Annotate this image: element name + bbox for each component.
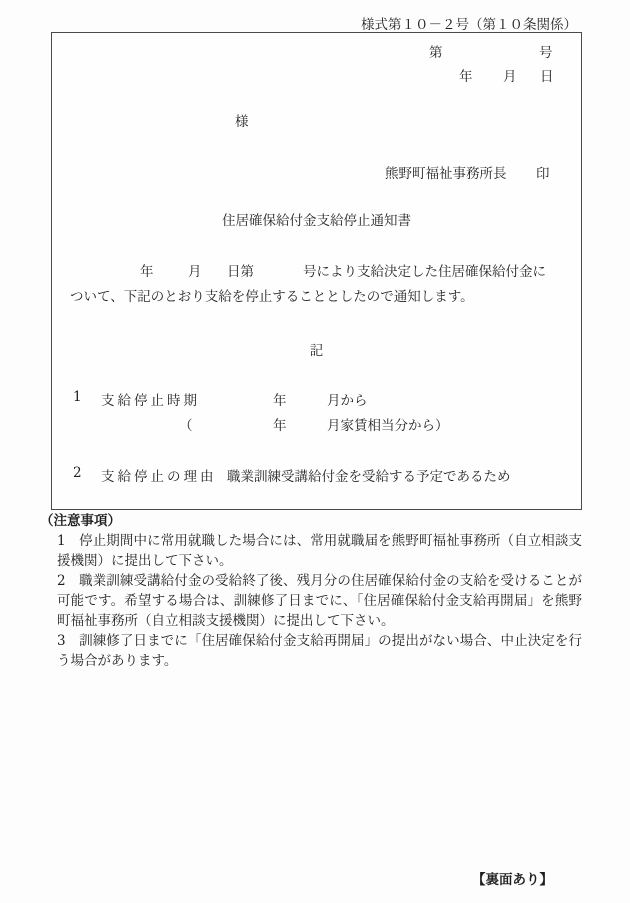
note-3-text: 訓練修了日までに「住居確保給付金支給再開届」の提出がない場合、中止決定を行う場合…: [57, 633, 582, 669]
doc-number-prefix: 第: [429, 41, 443, 61]
cautionary-notes: （注意事項） 1停止期間中に常用就職した場合には、常用就職届を熊野町福祉事務所（…: [0, 511, 630, 671]
body-year-label: 年: [140, 260, 154, 280]
body-line2: ついて、下記のとおり支給を停止することとしたので通知します。: [70, 285, 474, 305]
item2-label: 支給停止の理由: [101, 465, 217, 485]
note-item-2: 2職業訓練受講給付金の受給終了後、残月分の住居確保給付金の支給を受けることが可能…: [57, 571, 582, 631]
note-item-1: 1停止期間中に常用就職した場合には、常用就職届を熊野町福祉事務所（自立相談支援機…: [57, 531, 582, 571]
notes-heading: （注意事項）: [40, 511, 630, 531]
doc-number-suffix: 号: [539, 41, 553, 61]
item2-number: 2: [73, 465, 82, 481]
item1-number: 1: [73, 389, 82, 405]
note-1-text: 停止期間中に常用就職した場合には、常用就職届を熊野町福祉事務所（自立相談支援機関…: [57, 533, 582, 569]
body-line1-rest: 号により支給決定した住居確保給付金に: [303, 260, 546, 280]
note-3-number: 3: [57, 631, 79, 651]
document-page: 様式第１０－２号（第１０条関係） 第 号 年 月 日 様 熊野町福祉事務所長 印…: [0, 0, 630, 903]
note-item-3: 3訓練修了日までに「住居確保給付金支給再開届」の提出がない場合、中止決定を行う場…: [57, 631, 582, 671]
date-day-label: 日: [540, 65, 554, 85]
note-2-number: 2: [57, 571, 79, 591]
notice-frame: 第 号 年 月 日 様 熊野町福祉事務所長 印 住居確保給付金支給停止通知書 年…: [51, 32, 582, 510]
form-code: 様式第１０－２号（第１０条関係）: [361, 13, 577, 33]
note-1-number: 1: [57, 531, 79, 551]
addressee-suffix: 様: [235, 110, 249, 130]
item1-paren-open: （: [179, 414, 193, 434]
item1-paren-rest: 月家賃相当分から）: [327, 414, 449, 434]
item1-label: 支給停止時期: [101, 389, 200, 409]
note-2-text: 職業訓練受講給付金の受給終了後、残月分の住居確保給付金の支給を受けることが可能で…: [57, 573, 582, 629]
date-year-label: 年: [459, 65, 473, 85]
issuer-name: 熊野町福祉事務所長: [385, 162, 507, 182]
footer-reverse-side-note: 【裏面あり】: [472, 868, 553, 888]
item1-year-label: 年: [273, 389, 287, 409]
body-month-label: 月: [188, 260, 202, 280]
date-month-label: 月: [503, 65, 517, 85]
body-day-no-label: 日第: [227, 260, 254, 280]
notice-title: 住居確保給付金支給停止通知書: [52, 209, 581, 229]
item1-month-from: 月から: [327, 389, 368, 409]
issuer-seal-mark: 印: [536, 162, 550, 182]
item1-paren-year: 年: [273, 414, 287, 434]
record-mark: 記: [52, 339, 581, 359]
item2-reason: 職業訓練受講給付金を受給する予定であるため: [227, 465, 511, 485]
